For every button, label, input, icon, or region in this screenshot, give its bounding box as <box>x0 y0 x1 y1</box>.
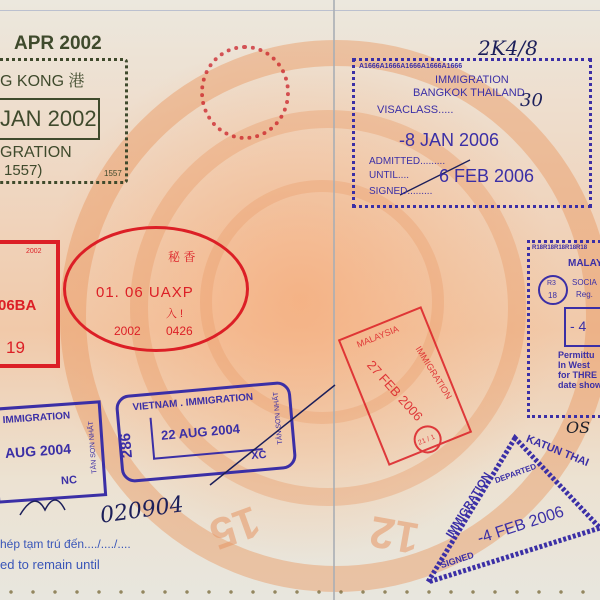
my-red-circle-text: 21 / 1 <box>417 434 436 447</box>
perforation-dots <box>0 585 600 600</box>
hk-date: JAN 2002 <box>0 108 97 130</box>
my-circle-bottom: 18 <box>548 292 557 300</box>
th-visa-label: VISACLASS..... <box>377 105 453 116</box>
handwriting-top: 2K4/8 <box>478 38 538 58</box>
th-admitted-label: ADMITTED......... <box>369 157 445 167</box>
th-line2: BANGKOK THAILAND <box>413 88 525 99</box>
th-until-label: UNTIL.... <box>369 171 409 181</box>
my-circle: R3 18 <box>538 275 568 305</box>
my-circle-top: R3 <box>547 280 556 287</box>
hk-place: G KONG 港 <box>0 74 84 90</box>
visa-value-handwritten: 30 <box>520 92 543 110</box>
vietnam-stamp-right: VIETNAM . IMMIGRATION 286 22 AUG 2004 TÂ… <box>115 380 298 483</box>
vn-left-mark: NC <box>61 475 78 487</box>
china-oval-stamp: 秘 香 01. 06 UAXP 入 ! 2002 0426 <box>63 226 249 352</box>
red-partial-code: 06BA <box>0 298 36 313</box>
my-label1: SOCIA <box>572 279 597 287</box>
my-date-partial: - 4 <box>570 319 586 333</box>
th-date: -8 JAN 2006 <box>399 131 499 149</box>
vn-right-mark: XC <box>251 450 267 462</box>
my-border-code: R18R18R18R18R18 <box>532 245 587 251</box>
vn-right-side: TÂN SƠN NHẤT <box>273 392 285 445</box>
hk-top-date: APR 2002 <box>14 34 102 53</box>
my-label2: Reg. <box>576 291 593 299</box>
thailand-entry-stamp: A1666A1666A1666A1666A1666 IMMIGRATION BA… <box>352 58 592 208</box>
passport-photo: 15 12 APR 2002 G KONG 港 JAN 2002 GRATION… <box>0 0 600 600</box>
my-red-date: 27 FEB 2006 <box>365 358 425 423</box>
printed-line-2: ed to remain until <box>0 558 100 571</box>
hk-label: GRATION <box>0 145 72 161</box>
malaysia-signature: OS <box>566 420 590 436</box>
my-line1: Permittu <box>558 351 595 360</box>
vn-right-number: 286 <box>118 432 135 458</box>
th-line1: IMMIGRATION <box>435 75 509 86</box>
red-partial-stamp: 2002 06BA 19 <box>0 240 60 368</box>
oval-code: 0426 <box>166 325 193 337</box>
th-until-date: 6 FEB 2006 <box>439 167 534 185</box>
hk-code: 1557) <box>4 163 42 178</box>
faded-red-stamp <box>200 45 290 140</box>
vietnam-stamp-left: IMMIGRATION AUG 2004 TÂN SƠN NHẤT NC <box>0 400 107 503</box>
my-line3: for THRE <box>558 371 597 380</box>
page-rule <box>0 10 600 11</box>
background-number-right: 12 <box>367 508 423 560</box>
oval-year: 2002 <box>114 325 141 337</box>
hk-serial: 1557 <box>104 170 122 178</box>
vn-left-date: AUG 2004 <box>4 441 71 460</box>
my-line4: date show <box>558 381 600 390</box>
page-gutter <box>333 0 335 600</box>
oval-chars-top: 秘 香 <box>168 251 195 263</box>
vn-left-side: TÂN SƠN NHẤT <box>88 421 99 474</box>
malaysia-stamp: R18R18R18R18R18 MALAY R3 18 SOCIA Reg. -… <box>527 240 600 418</box>
my-line2: In West <box>558 361 590 370</box>
my-country: MALAY <box>568 259 600 269</box>
vn-left-header: IMMIGRATION <box>2 411 70 426</box>
printed-line-1: hép tạm trú đến..../..../.... <box>0 538 131 550</box>
oval-chars-mid: 入 ! <box>166 309 183 320</box>
th-signed-label: SIGNED......... <box>369 187 432 197</box>
oval-date-line: 01. 06 UAXP <box>96 285 194 300</box>
red-partial-top: 2002 <box>26 248 42 255</box>
th-border-code: A1666A1666A1666A1666A1666 <box>359 63 462 70</box>
red-partial-number: 19 <box>6 339 25 356</box>
